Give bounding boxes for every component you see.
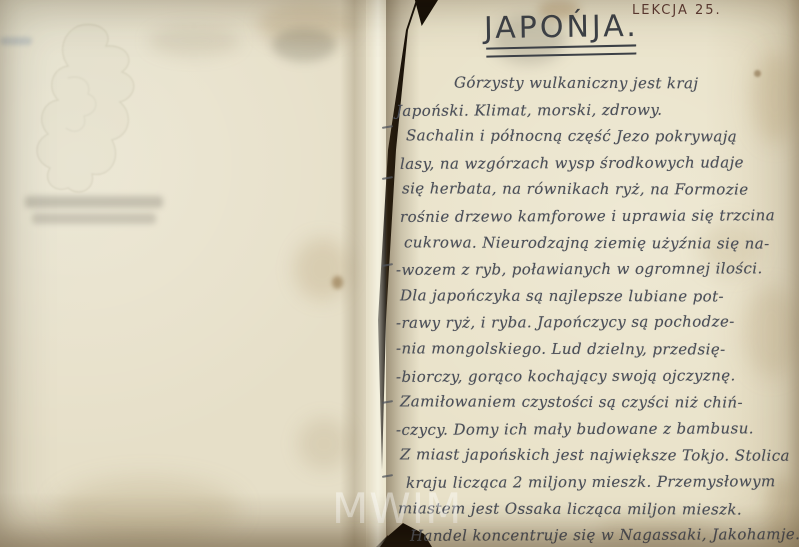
handwritten-line: Handel koncentruje się w Nagassaki, Jako… [396,521,794,547]
handwritten-line: Japoński. Klimat, morski, zdrowy. [396,96,794,124]
handwritten-line: Zamiłowaniem czystości są czyści niż chi… [396,388,794,416]
handwritten-line: -czycy. Domy ich mały budowane z bambusu… [396,415,794,443]
handwritten-line: -biorczy, gorąco kochający swoją ojczyzn… [396,362,794,390]
handwritten-line: się herbata, na równikach ryż, na Formoz… [396,176,794,204]
handwritten-line: cukrowa. Nieurodzajną ziemię użyźnia się… [396,229,794,257]
handwritten-line: Z miast japońskich jest największe Tokjo… [396,442,794,470]
stain [55,478,240,540]
handwritten-line: Sachalin i północną część Jezo pokrywają [396,122,794,150]
stain [148,26,240,56]
notebook-photo: LEKCJA 25. JAPOŃJA. Górzysty wulkaniczny… [0,0,799,547]
ghost-text-line [32,213,156,224]
left-page [0,0,432,547]
page-title: JAPOŃJA. [484,9,639,46]
lesson-number: LEKCJA 25. [632,3,722,18]
ghost-text-line [25,196,163,208]
page-title-block: JAPOŃJA. [484,9,639,57]
stain [258,4,354,46]
handwriting-block: Górzysty wulkaniczny jest kraj Japoński.… [396,70,794,547]
handwritten-line: -wozem z ryb, poławianych w ogromnej ilo… [396,255,794,283]
stain [298,418,350,470]
handwritten-line: miastem jest Ossaka licząca miljon miesz… [396,495,794,523]
handwritten-line: Dla japończyka są najlepsze lubiane pot- [396,282,794,310]
handwritten-line: kraju licząca 2 miljony mieszk. Przemysł… [396,468,794,496]
margin-dash [382,176,393,180]
stain [294,238,350,300]
ghost-map-show-through [18,18,168,203]
handwritten-line: Górzysty wulkaniczny jest kraj [396,69,794,97]
handwritten-line: rośnie drzewo kamforowe i uprawia się tr… [396,202,794,230]
handwritten-line: lasy, na wzgórzach wysp środkowych udaje [396,149,794,177]
handwritten-line: -rawy ryż, i ryba. Japończycy są pochodz… [396,308,794,336]
stain [332,276,343,289]
ghost-mark [0,37,32,45]
stain [272,28,336,62]
handwritten-line: -nia mongolskiego. Lud dzielny, przedsię… [396,335,794,363]
